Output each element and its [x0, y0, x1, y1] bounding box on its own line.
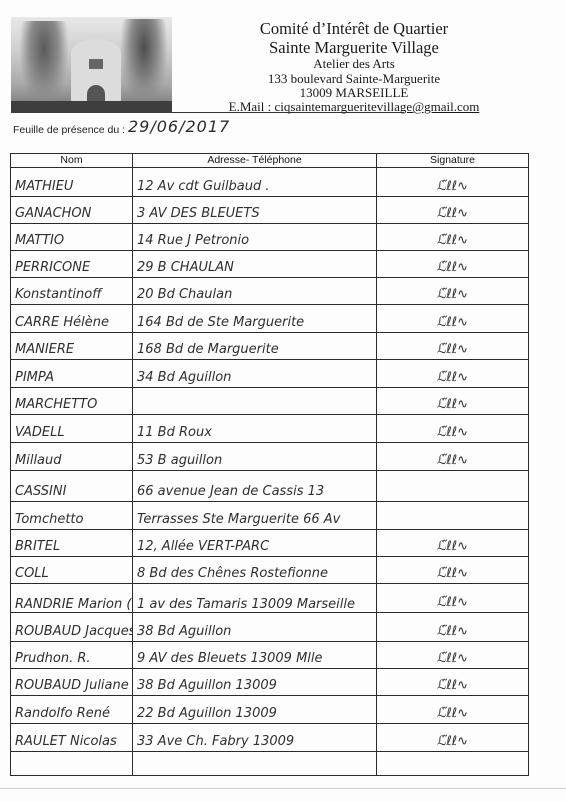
attendee-address — [133, 388, 377, 415]
attendee-name: MATHIEU — [11, 168, 133, 197]
attendee-address — [133, 752, 377, 776]
signature-scribble-icon: ℒ̃ℓℓ∿ — [437, 678, 468, 693]
attendee-signature: ℒ̃ℓℓ∿ — [377, 168, 529, 197]
attendee-signature: ℒ̃ℓℓ∿ — [377, 530, 529, 557]
signature-scribble-icon: ℒ̃ℓℓ∿ — [437, 287, 468, 302]
signature-scribble-icon: ℒ̃ℓℓ∿ — [437, 595, 468, 610]
attendee-signature: ℒ̃ℓℓ∿ — [377, 724, 529, 752]
venue-name: Atelier des Arts — [172, 57, 536, 72]
attendee-name: Randolfo René — [11, 696, 133, 724]
attendee-address: 8 Bd des Chênes Rostefionne — [133, 557, 377, 584]
attendee-signature: ℒ̃ℓℓ∿ — [377, 360, 529, 388]
attendee-signature — [377, 752, 529, 776]
attendee-address: 1 av des Tamaris 13009 Marseille — [133, 584, 377, 613]
attendee-name: PERRICONE — [11, 251, 133, 278]
attendee-name: BRITEL — [11, 530, 133, 557]
attendee-name: Millaud — [11, 443, 133, 471]
org-subtitle: Sainte Marguerite Village — [172, 40, 536, 57]
attendee-address: 22 Bd Aguillon 13009 — [133, 696, 377, 724]
attendee-address: 168 Bd de Marguerite — [133, 333, 377, 360]
table-row: ROUBAUD Jacques38 Bd Aguillonℒ̃ℓℓ∿ — [11, 613, 529, 642]
col-header-signature: Signature — [377, 154, 529, 168]
attendee-name: VADELL — [11, 415, 133, 443]
attendee-address: 38 Bd Aguillon — [133, 613, 377, 642]
table-row: CASSINI66 avenue Jean de Cassis 13 — [11, 471, 529, 502]
attendee-name: CASSINI — [11, 471, 133, 502]
table-row: RAULET Nicolas33 Ave Ch. Fabry 13009ℒ̃ℓℓ… — [11, 724, 529, 752]
attendee-address: 33 Ave Ch. Fabry 13009 — [133, 724, 377, 752]
attendee-signature: ℒ̃ℓℓ∿ — [377, 613, 529, 642]
table-row: CARRE Hélène164 Bd de Ste Margueriteℒ̃ℓℓ… — [11, 305, 529, 333]
attendee-name: ROUBAUD Juliane — [11, 669, 133, 696]
signature-scribble-icon: ℒ̃ℓℓ∿ — [437, 260, 468, 275]
attendee-address: 66 avenue Jean de Cassis 13 — [133, 471, 377, 502]
attendee-signature: ℒ̃ℓℓ∿ — [377, 388, 529, 415]
table-row: BRITEL12, Allée VERT-PARCℒ̃ℓℓ∿ — [11, 530, 529, 557]
signature-scribble-icon: ℒ̃ℓℓ∿ — [437, 651, 468, 666]
street — [11, 101, 172, 113]
attendee-name: MATTIO — [11, 224, 133, 251]
attendee-signature: ℒ̃ℓℓ∿ — [377, 696, 529, 724]
table-row: PERRICONE29 B CHAULANℒ̃ℓℓ∿ — [11, 251, 529, 278]
church-window — [89, 59, 103, 69]
attendee-signature: ℒ̃ℓℓ∿ — [377, 197, 529, 224]
street-address: 133 boulevard Sainte-Marguerite — [172, 72, 536, 86]
table-row: Prudhon. R.9 AV des Bleuets 13009 Mlleℒ̃… — [11, 642, 529, 669]
attendee-name: GANACHON — [11, 197, 133, 224]
table-row: MANIERE168 Bd de Margueriteℒ̃ℓℓ∿ — [11, 333, 529, 360]
attendee-signature: ℒ̃ℓℓ∿ — [377, 224, 529, 251]
attendee-address: 3 AV DES BLEUETS — [133, 197, 377, 224]
attendee-address: 20 Bd Chaulan — [133, 278, 377, 305]
attendee-name: MANIERE — [11, 333, 133, 360]
sheet-label: Feuille de présence du : — [13, 124, 125, 136]
signature-scribble-icon: ℒ̃ℓℓ∿ — [437, 233, 468, 248]
attendee-name: MARCHETTO — [11, 388, 133, 415]
attendee-signature: ℒ̃ℓℓ∿ — [377, 669, 529, 696]
table-row: MARCHETTOℒ̃ℓℓ∿ — [11, 388, 529, 415]
col-header-address: Adresse- Téléphone — [133, 154, 377, 168]
table-row: VADELL11 Bd Rouxℒ̃ℓℓ∿ — [11, 415, 529, 443]
attendee-address: 164 Bd de Ste Marguerite — [133, 305, 377, 333]
church-photo — [11, 17, 172, 113]
tree-left — [19, 21, 69, 113]
attendee-signature: ℒ̃ℓℓ∿ — [377, 443, 529, 471]
signature-scribble-icon: ℒ̃ℓℓ∿ — [437, 453, 468, 468]
signature-scribble-icon: ℒ̃ℓℓ∿ — [437, 734, 468, 749]
attendee-address: 12 Av cdt Guilbaud . — [133, 168, 377, 197]
sheet-date: 29/06/2017 — [128, 117, 230, 136]
attendee-address: 11 Bd Roux — [133, 415, 377, 443]
attendee-signature: ℒ̃ℓℓ∿ — [377, 251, 529, 278]
attendee-name: Konstantinoff — [11, 278, 133, 305]
city: 13009 MARSEILLE — [172, 86, 536, 100]
table-row: Konstantinoff20 Bd Chaulanℒ̃ℓℓ∿ — [11, 278, 529, 305]
attendee-signature: ℒ̃ℓℓ∿ — [377, 305, 529, 333]
table-row: TomchettoTerrasses Ste Marguerite 66 Av — [11, 502, 529, 530]
signature-scribble-icon: ℒ̃ℓℓ∿ — [437, 179, 468, 194]
table-row: MATHIEU12 Av cdt Guilbaud .ℒ̃ℓℓ∿ — [11, 168, 529, 197]
attendee-signature: ℒ̃ℓℓ∿ — [377, 278, 529, 305]
table-row: Millaud53 B aguillonℒ̃ℓℓ∿ — [11, 443, 529, 471]
signature-scribble-icon: ℒ̃ℓℓ∿ — [437, 342, 468, 357]
letterhead-rule — [172, 112, 404, 113]
attendee-name: COLL — [11, 557, 133, 584]
attendee-signature: ℒ̃ℓℓ∿ — [377, 415, 529, 443]
table-row: PIMPA34 Bd Aguillonℒ̃ℓℓ∿ — [11, 360, 529, 388]
table-header-row: Nom Adresse- Téléphone Signature — [11, 154, 529, 168]
signature-scribble-icon: ℒ̃ℓℓ∿ — [437, 566, 468, 581]
attendee-address: 34 Bd Aguillon — [133, 360, 377, 388]
attendee-name: CARRE Hélène — [11, 305, 133, 333]
table-row — [11, 752, 529, 776]
attendee-name: ROUBAUD Jacques — [11, 613, 133, 642]
attendee-address: 14 Rue J Petronio — [133, 224, 377, 251]
attendee-signature: ℒ̃ℓℓ∿ — [377, 557, 529, 584]
attendee-address: 9 AV des Bleuets 13009 Mlle — [133, 642, 377, 669]
table-row: ROUBAUD Juliane38 Bd Aguillon 13009ℒ̃ℓℓ∿ — [11, 669, 529, 696]
attendee-name: PIMPA — [11, 360, 133, 388]
attendee-name: Tomchetto — [11, 502, 133, 530]
attendee-signature — [377, 502, 529, 530]
attendee-signature: ℒ̃ℓℓ∿ — [377, 642, 529, 669]
signature-scribble-icon: ℒ̃ℓℓ∿ — [437, 624, 468, 639]
table-row: Randolfo René22 Bd Aguillon 13009ℒ̃ℓℓ∿ — [11, 696, 529, 724]
signature-scribble-icon: ℒ̃ℓℓ∿ — [437, 706, 468, 721]
attendee-signature: ℒ̃ℓℓ∿ — [377, 333, 529, 360]
table-row: RANDRIE Marion (établissement Pei Roune)… — [11, 584, 529, 613]
page-edge — [0, 788, 566, 789]
attendee-name — [11, 752, 133, 776]
letterhead: Comité d’Intérêt de Quartier Sainte Marg… — [172, 21, 536, 114]
attendee-address: 29 B CHAULAN — [133, 251, 377, 278]
signature-scribble-icon: ℒ̃ℓℓ∿ — [437, 539, 468, 554]
attendee-signature — [377, 471, 529, 502]
attendee-name: RANDRIE Marion (établissement Pei Roune)… — [11, 584, 133, 613]
attendee-signature: ℒ̃ℓℓ∿ — [377, 584, 529, 613]
attendee-address: 53 B aguillon — [133, 443, 377, 471]
attendee-name: Prudhon. R. — [11, 642, 133, 669]
table-row: COLL8 Bd des Chênes Rostefionneℒ̃ℓℓ∿ — [11, 557, 529, 584]
attendee-address: 12, Allée VERT-PARC — [133, 530, 377, 557]
signature-scribble-icon: ℒ̃ℓℓ∿ — [437, 425, 468, 440]
signature-scribble-icon: ℒ̃ℓℓ∿ — [437, 397, 468, 412]
signature-scribble-icon: ℒ̃ℓℓ∿ — [437, 206, 468, 221]
attendance-table: Nom Adresse- Téléphone Signature MATHIEU… — [10, 153, 529, 776]
col-header-name: Nom — [11, 154, 133, 168]
attendee-address: 38 Bd Aguillon 13009 — [133, 669, 377, 696]
table-row: MATTIO14 Rue J Petronioℒ̃ℓℓ∿ — [11, 224, 529, 251]
table-row: GANACHON3 AV DES BLEUETSℒ̃ℓℓ∿ — [11, 197, 529, 224]
signature-scribble-icon: ℒ̃ℓℓ∿ — [437, 315, 468, 330]
tree-right — [120, 19, 168, 113]
attendee-address: Terrasses Ste Marguerite 66 Av — [133, 502, 377, 530]
signature-scribble-icon: ℒ̃ℓℓ∿ — [437, 370, 468, 385]
attendee-name: RAULET Nicolas — [11, 724, 133, 752]
